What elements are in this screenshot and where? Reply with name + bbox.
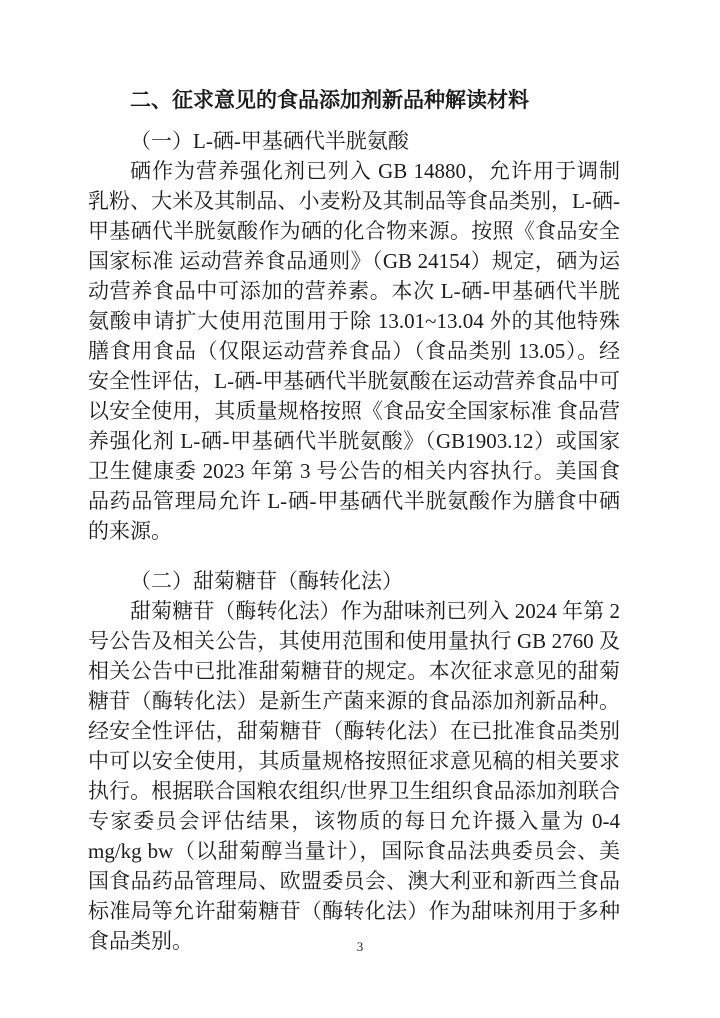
- page-footer: 3: [0, 938, 720, 956]
- section-steviol-subheading: （二）甜菊糖苷（酶转化法）: [88, 566, 620, 596]
- document-heading: 二、征求意见的食品添加剂新品种解读材料: [88, 86, 620, 116]
- document-page: 二、征求意见的食品添加剂新品种解读材料 （一）L-硒-甲基硒代半胱氨酸 硒作为营…: [0, 0, 720, 1018]
- section-selenium-paragraph: 硒作为营养强化剂已列入 GB 14880，允许用于调制乳粉、大米及其制品、小麦粉…: [88, 156, 620, 546]
- page-number: 3: [357, 939, 364, 954]
- section-steviol-paragraph: 甜菊糖苷（酶转化法）作为甜味剂已列入 2024 年第 2 号公告及相关公告，其使…: [88, 596, 620, 956]
- section-steviol: （二）甜菊糖苷（酶转化法） 甜菊糖苷（酶转化法）作为甜味剂已列入 2024 年第…: [88, 566, 620, 956]
- section-selenium-subheading: （一）L-硒-甲基硒代半胱氨酸: [88, 126, 620, 156]
- section-selenium: （一）L-硒-甲基硒代半胱氨酸 硒作为营养强化剂已列入 GB 14880，允许用…: [88, 126, 620, 546]
